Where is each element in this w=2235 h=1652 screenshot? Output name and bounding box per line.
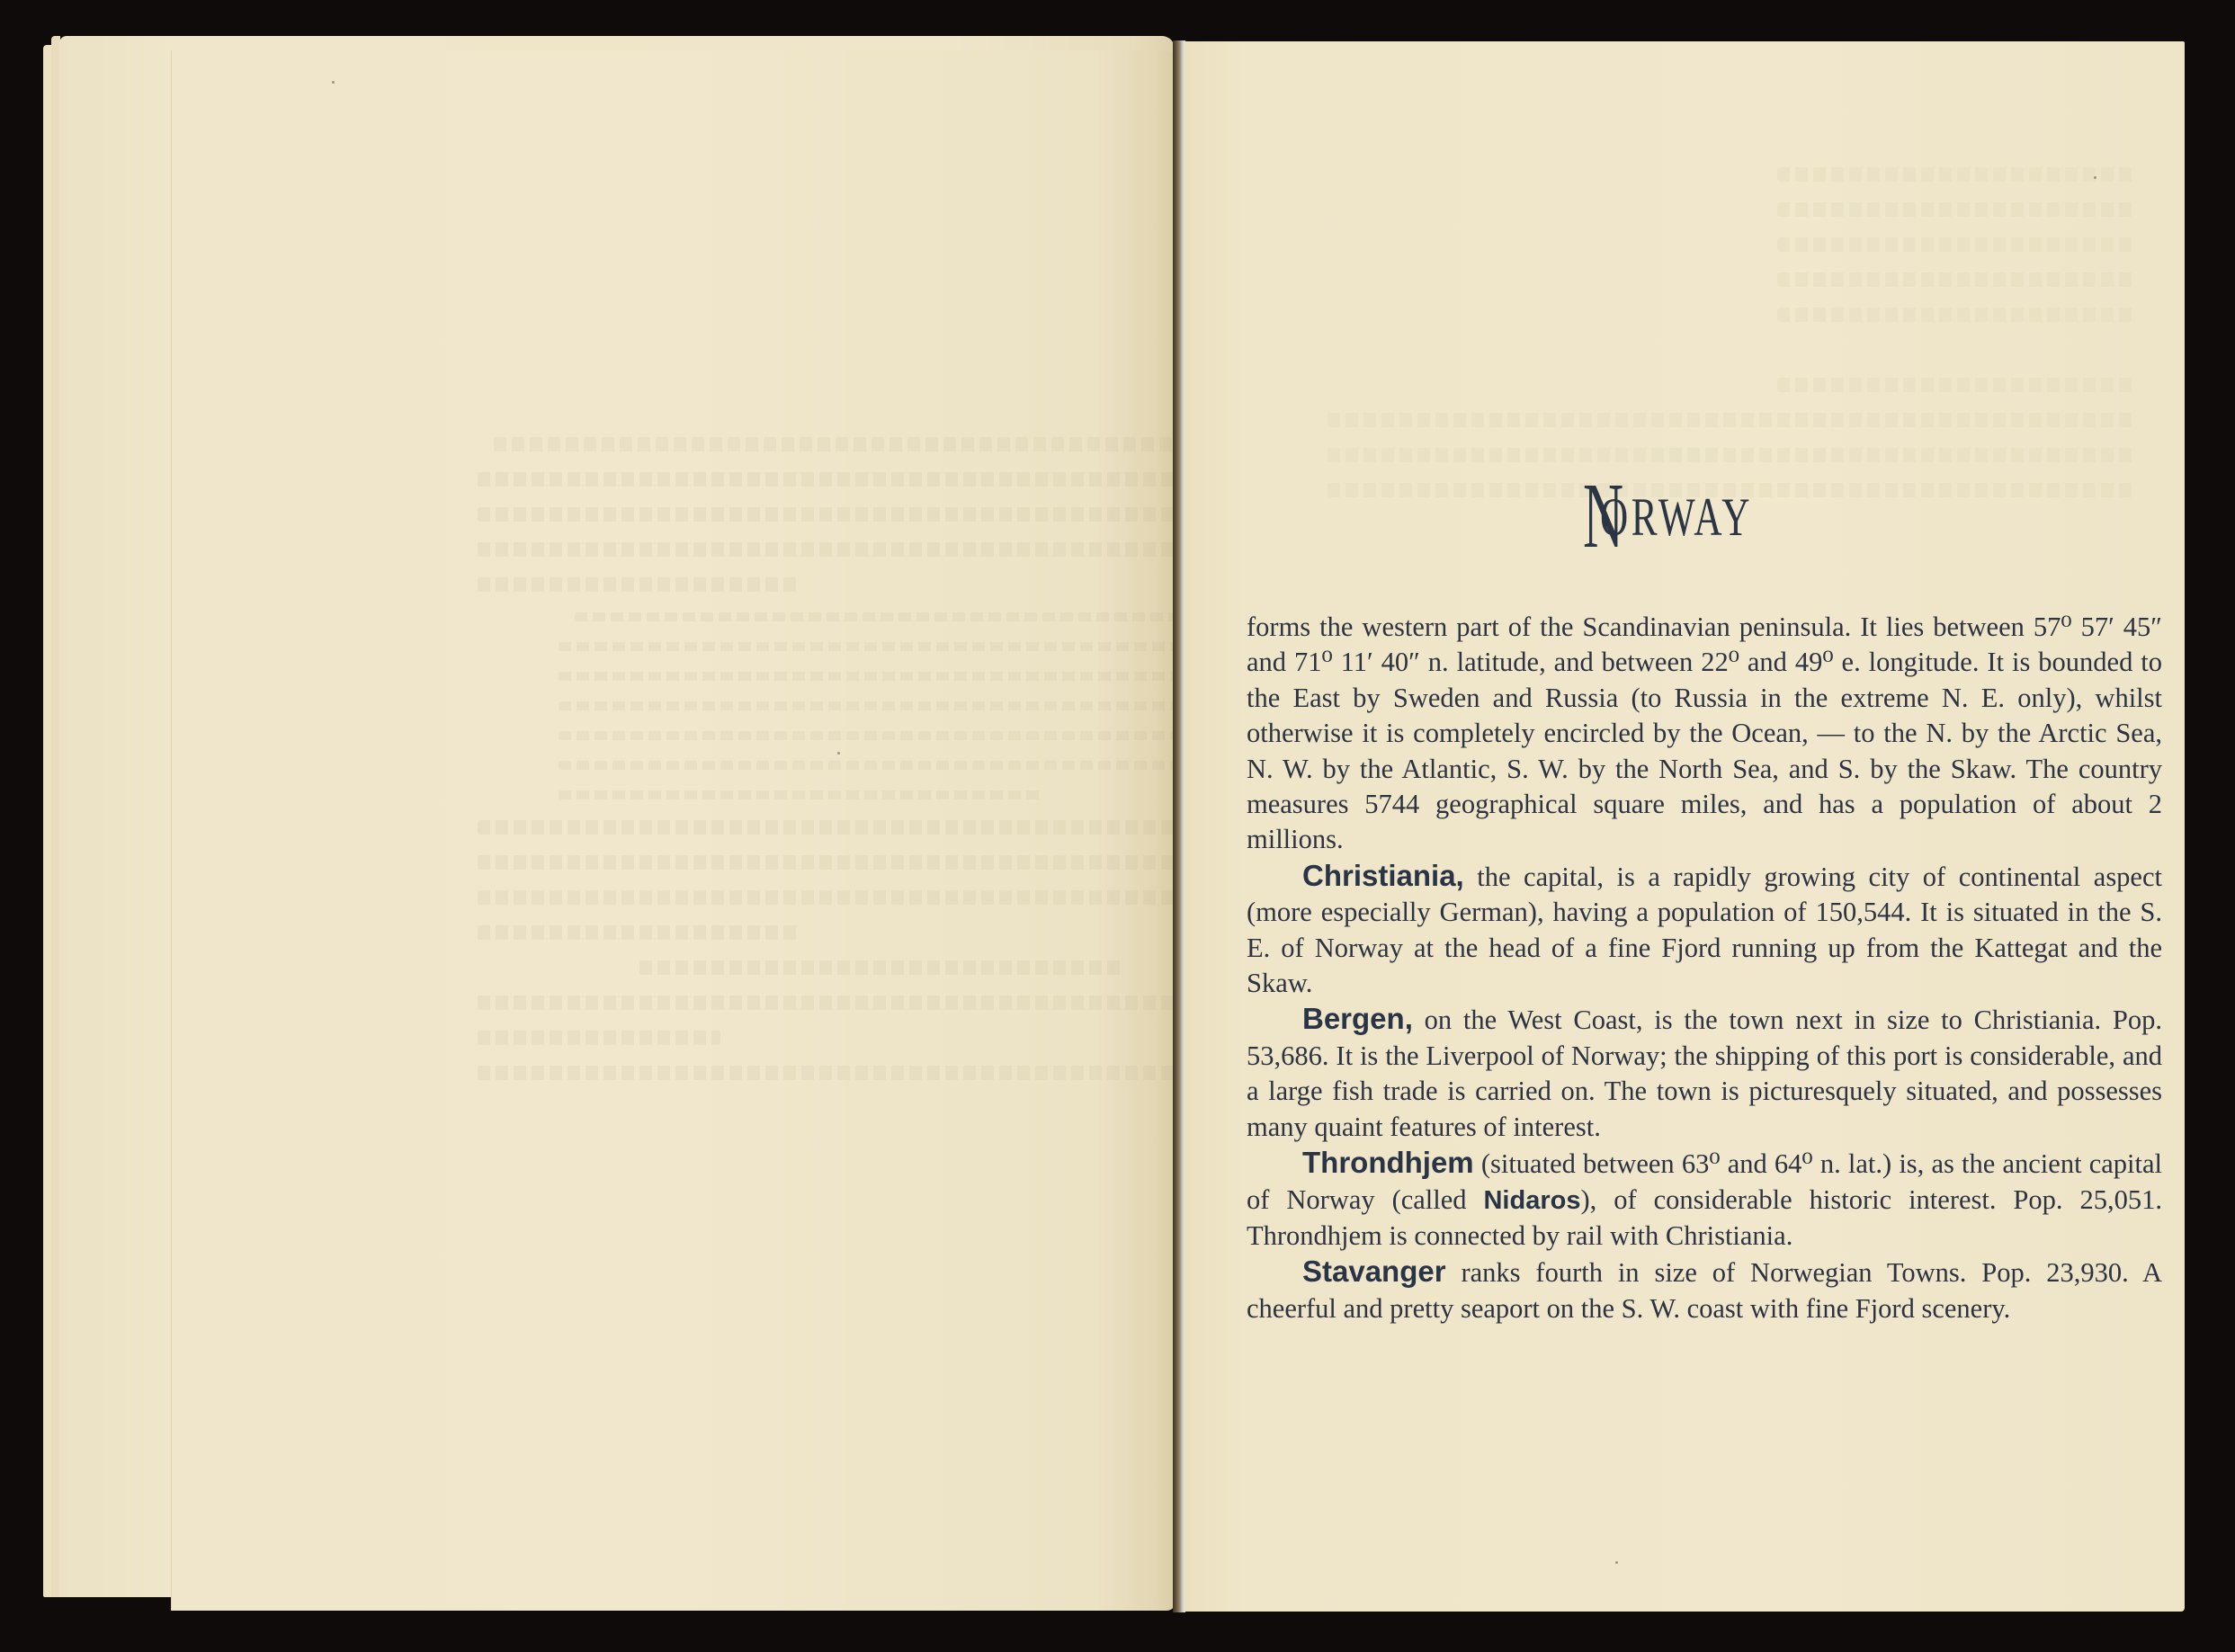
city-name-christiania: Christiania, bbox=[1302, 859, 1464, 892]
nidaros-name: Nidaros bbox=[1483, 1186, 1580, 1215]
paragraph-throndhjem: Throndhjem (situated between 63⁰ and 64⁰… bbox=[1247, 1145, 2162, 1254]
paragraph-stavanger: Stavanger ranks fourth in size of Norweg… bbox=[1247, 1254, 2162, 1326]
paragraph-bergen: Bergen, on the West Coast, is the town n… bbox=[1247, 1001, 2162, 1145]
title-text: ORWAY bbox=[1600, 487, 1753, 549]
right-page: NORWAY forms the western part of the Sca… bbox=[1184, 41, 2185, 1612]
city-name-throndhjem: Throndhjem bbox=[1302, 1146, 1474, 1179]
city-name-stavanger: Stavanger bbox=[1302, 1255, 1446, 1288]
article-body: forms the western part of the Scandinavi… bbox=[1247, 610, 2162, 1326]
paragraph-intro: forms the western part of the Scandinavi… bbox=[1247, 610, 2162, 858]
paragraph-christiania: Christiania, the capital, is a rapidly g… bbox=[1247, 858, 2162, 1002]
left-page bbox=[171, 50, 1176, 1611]
page-title: NORWAY bbox=[1184, 455, 2185, 549]
bleed-through-text bbox=[478, 437, 1287, 1516]
city-name-bergen: Bergen, bbox=[1302, 1002, 1413, 1035]
